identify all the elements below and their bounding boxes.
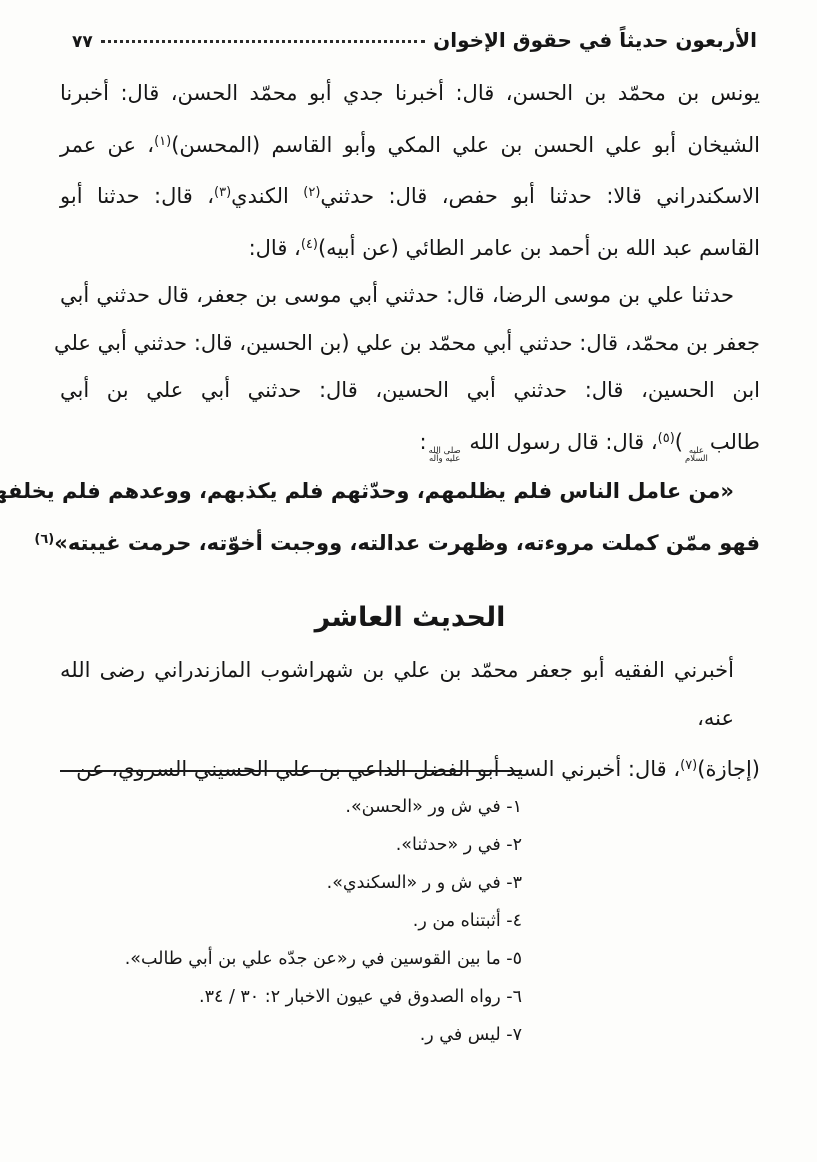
text-line: القاسم عبد الله بن أحمد بن عامر الطائي (… [60,221,760,273]
footnote-item: ١- في ش ور «الحسن». [60,788,522,826]
footnote-marker: (٥) [658,431,675,446]
text-line: جعفر بن محمّد، قال: حدثني أبي محمّد بن ع… [60,320,760,368]
line-text: يونس بن محمّد بن الحسن، قال: أخبرنا جدي … [60,81,760,105]
line-text: فهو ممّن كملت مروءته، وظهرت عدالته، ووجب… [54,531,760,555]
line-text: جعفر بن محمّد، قال: حدثني أبي محمّد بن ع… [54,331,760,355]
footnote-item: ٧- ليس في ر. [60,1016,522,1054]
line-text: ، قال: قال رسول الله [463,430,658,454]
line-text: الشيخان أبو علي الحسن بن علي المكي وأبو … [171,133,760,157]
line-text: حدثنا علي بن موسى الرضا، قال: حدثني أبي … [60,283,734,307]
line-text: : [420,430,427,454]
text-line: أخبرني الفقيه أبو جعفر محمّد بن علي بن ش… [60,647,760,742]
line-text: الاسكندراني قالا: حدثنا أبو حفص، قال: حد… [320,184,760,208]
line-text: «من عامل الناس فلم يظلمهم، وحدّثهم فلم ي… [0,479,734,503]
chapter-heading: الحديث العاشر [60,597,760,639]
line-text: الكندي [231,184,303,208]
running-title: الأربعون حديثاً في حقوق الإخوان [433,28,757,52]
page-body: يونس بن محمّد بن الحسن، قال: أخبرنا جدي … [60,70,760,794]
line-text: أخبرني الفقيه أبو جعفر محمّد بن علي بن ش… [60,658,734,730]
footnote-marker: (١) [154,134,171,149]
text-line: يونس بن محمّد بن الحسن، قال: أخبرنا جدي … [60,70,760,118]
text-line: الشيخان أبو علي الحسن بن علي المكي وأبو … [60,118,760,170]
footnote-item: ٦- رواه الصدوق في عيون الاخبار ٢: ٣٠ / ٣… [60,978,522,1016]
text-line: الاسكندراني قالا: حدثنا أبو حفص، قال: حد… [60,169,760,221]
line-text: (إجازة) [697,757,760,781]
text-line: ابن الحسين، قال: حدثني أبي الحسين، قال: … [60,367,760,415]
line-text: طالب [710,430,760,454]
footnote-item: ٣- في ش و ر «السكندي». [60,864,522,902]
line-text: ، عن عمر [60,133,154,157]
footnote-marker: (٦) [34,532,54,547]
isnad-paragraph-1: يونس بن محمّد بن الحسن، قال: أخبرنا جدي … [60,70,760,272]
footnote-marker: (٧) [680,758,697,773]
text-line: حدثنا علي بن موسى الرضا، قال: حدثني أبي … [60,272,760,320]
footnote-item: ٢- في ر «حدثنا». [60,826,522,864]
footnote-marker: (٣) [214,185,231,200]
line-text: ) [675,430,683,454]
footnote-item: ٤- أثبتناه من ر. [60,902,522,940]
text-line: طالبعليهالسلام)(٥)، قال: قال رسول الله ص… [60,415,760,467]
isnad-paragraph-2: حدثنا علي بن موسى الرضا، قال: حدثني أبي … [60,272,760,466]
footnote-item: ٥- ما بين القوسين في ر«عن جدّه علي بن أب… [60,940,522,978]
hadith-quote: «من عامل الناس فلم يظلمهم، وحدّثهم فلم ي… [60,468,760,567]
line-text: ابن الحسين، قال: حدثني أبي الحسين، قال: … [60,378,760,402]
hadith-line: «من عامل الناس فلم يظلمهم، وحدّثهم فلم ي… [60,468,760,516]
hadith-line: فهو ممّن كملت مروءته، وظهرت عدالته، ووجب… [60,516,760,568]
dotted-leader [101,40,425,43]
line-text: ، قال: حدثنا أبو [60,184,214,208]
page-number: ٧٧ [72,32,93,52]
line-text: القاسم عبد الله بن أحمد بن عامر الطائي (… [318,236,760,260]
footnote-marker: (٢) [303,185,320,200]
footnote-marker: (٤) [301,237,318,252]
book-page: ٧٧ الأربعون حديثاً في حقوق الإخوان يونس … [0,0,817,1162]
honorific-sallallahu-icon: صلى اللهعليه وآله [429,447,461,465]
line-text: ، قال: [249,236,301,260]
footnotes-section: ١- في ش ور «الحسن». ٢- في ر «حدثنا». ٣- … [60,770,522,1054]
honorific-alayhissalam-icon: عليهالسلام [685,447,708,465]
running-header: ٧٧ الأربعون حديثاً في حقوق الإخوان [72,28,757,52]
